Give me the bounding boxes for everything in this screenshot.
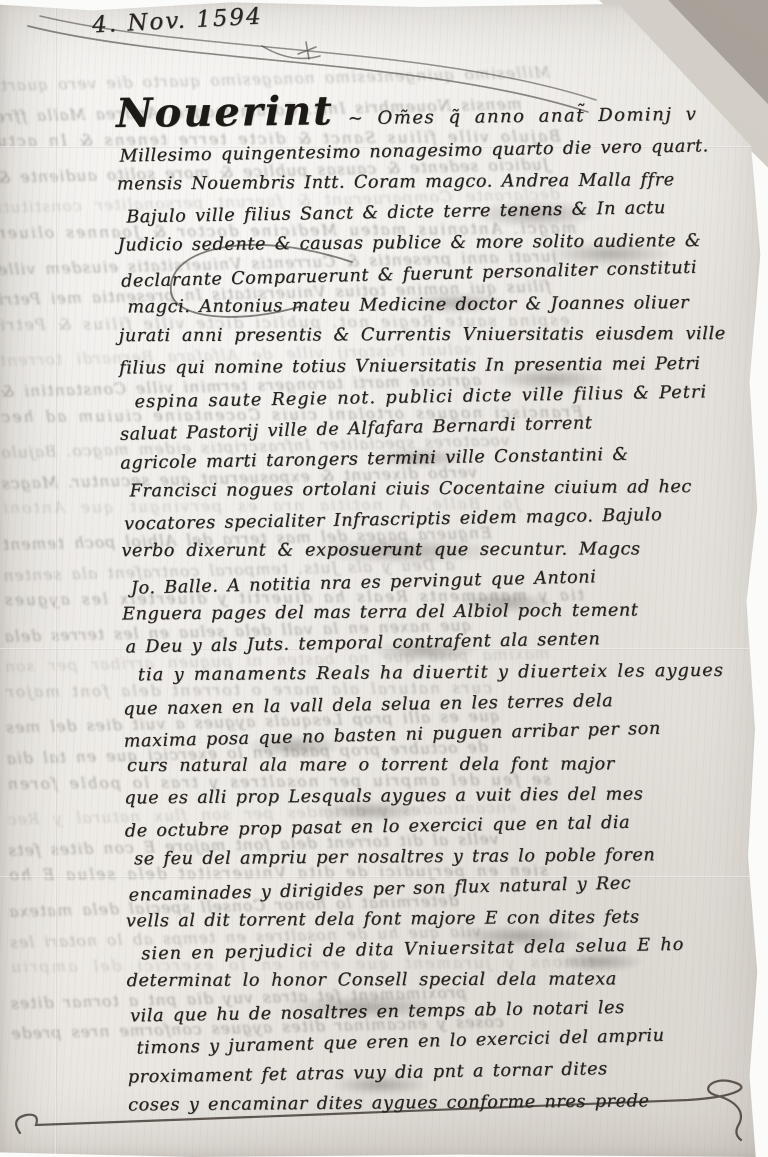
opening-rest: ~ Om̃es q̃ anno anat̃ Dominj v (348, 104, 698, 129)
opening-line: Nouerint~ Om̃es q̃ anno anat̃ Dominj v (116, 82, 757, 138)
top-pen-mark-icon (262, 46, 320, 58)
manuscript-lines: Millesimo quingentesimo nonagesimo quart… (116, 132, 768, 1122)
manuscript-text: Nouerint~ Om̃es q̃ anno anat̃ Dominj v M… (116, 82, 768, 1122)
opening-word: Nouerint (116, 87, 334, 137)
manuscript-line: curs natural ala mare o torrent dela fon… (127, 749, 764, 782)
manuscript-line: jurati anni presentis & Currentis Vniuer… (119, 319, 759, 352)
manuscript-page: Millesimo quingentesimo nonagesimo quart… (0, 0, 768, 1157)
date-annotation: 4. Nov. 1594 (91, 4, 263, 39)
top-pen-mark-icon (298, 42, 316, 59)
scanned-manuscript: Millesimo quingentesimo nonagesimo quart… (0, 0, 768, 1157)
manuscript-line: coses y encaminar dites aygues conforme … (128, 1085, 768, 1121)
manuscript-line: magci. Antonius mateu Medicine doctor & … (127, 287, 758, 323)
